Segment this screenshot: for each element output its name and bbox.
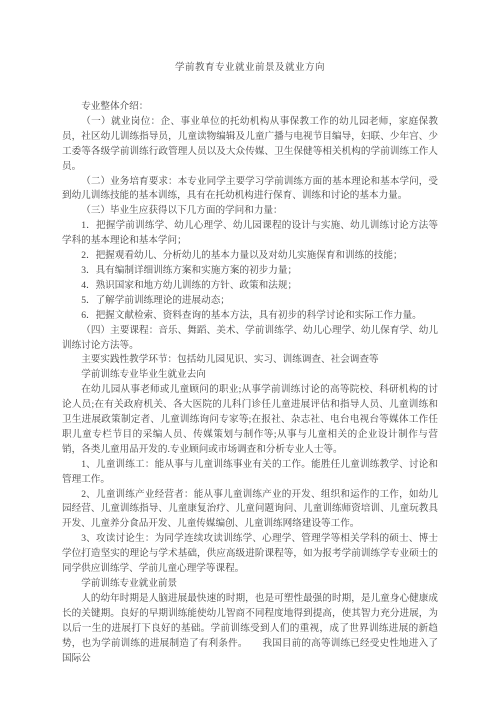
document-page: 学前教育专业就业前景及就业方向 专业整体介绍： （一）就业岗位：企、事业单位的托…: [0, 0, 500, 707]
paragraph-main-courses: （四）主要课程：音乐、舞蹈、美术、学前训练学、幼儿心理学、幼儿保育学、幼儿训练讨…: [62, 324, 438, 354]
career-list-item-postgraduate: 3、攻读讨论生：为同学连续攻读训练学、心理学、管理学等相关学科的硕士、博士学位打…: [62, 532, 438, 577]
document-title: 学前教育专业就业前景及就业方向: [62, 62, 438, 74]
career-list-item-industry-operator: 2、儿童训练产业经营者：能从事儿童训练产业的开发、组织和运作的工作，如幼儿园经营…: [62, 488, 438, 533]
paragraph-training-requirements: （二）业务培育要求：本专业同学主要学习学前训练方面的基本理论和基本学问，受到幼儿…: [62, 175, 438, 205]
section-heading-employment-prospects: 学前训练专业就业前景: [62, 577, 438, 592]
ability-list-item-3: 3．具有编制详细训练方案和实施方案的初步力量；: [62, 264, 438, 279]
paragraph-practice-teaching: 主要实践性教学环节：包括幼儿园见识、实习、训练调查、社会调查等: [62, 353, 438, 368]
career-list-item-child-educator: 1、儿童训练工：能从事与儿童训练事业有关的工作。能胜任儿童训练教学、讨论和管理工…: [62, 458, 438, 488]
ability-list-item-6: 6．把握文献检索、资料查询的基本方法，具有初步的科学讨论和实际工作力量。: [62, 309, 438, 324]
document-body: 学前教育专业就业前景及就业方向 专业整体介绍： （一）就业岗位：企、事业单位的托…: [62, 62, 438, 666]
intro-heading: 专业整体介绍：: [62, 100, 438, 115]
ability-list-item-2: 2．把握观看幼儿、分析幼儿的基本力量以及对幼儿实施保育和训练的技能；: [62, 249, 438, 264]
paragraph-employment-destinations: 在幼儿园从事老师或儿童顾问的职业;从事学前训练讨论的高等院校、科研机构的讨论人员…: [62, 383, 438, 458]
paragraph-job-positions: （一）就业岗位：企、事业单位的托幼机构从事保教工作的幼儿园老师，家庭保教员，社区…: [62, 115, 438, 175]
section-heading-employment-direction: 学前训练专业毕业生就业去向: [62, 368, 438, 383]
paragraph-prospects-body: 人的幼年时期是人脑进展最快速的时期，也是可塑性最强的时期，是儿童身心健康成长的关…: [62, 592, 438, 667]
ability-list-item-4: 4．熟识国家和地方幼儿训练的方针、政策和法规；: [62, 279, 438, 294]
paragraph-graduate-abilities-intro: （三）毕业生应获得以下几方面的学问和力量：: [62, 204, 438, 219]
ability-list-item-1: 1．把握学前训练学、幼儿心理学、幼儿园课程的设计与实施、幼儿训练讨论方法等学科的…: [62, 219, 438, 249]
ability-list-item-5: 5．了解学前训练理论的进展动态；: [62, 294, 438, 309]
